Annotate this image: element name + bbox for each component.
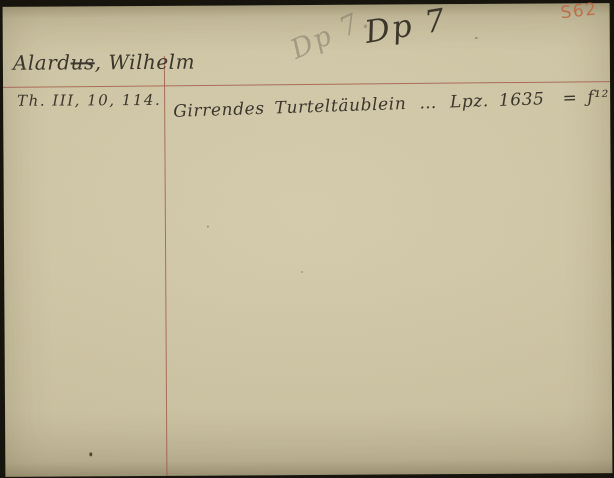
corner-mark: S62 <box>560 0 599 23</box>
catalog-entry: Girrendes Turteltäublein … Lpz. 1635 = ƒ… <box>173 87 609 122</box>
author-name-struck: us <box>70 50 94 74</box>
paper-speck <box>301 271 303 273</box>
author-name-main: Alard <box>13 50 71 74</box>
paper-speck <box>89 452 92 456</box>
vertical-rule <box>164 56 168 476</box>
author-heading: Alardus, Wilhelm <box>13 50 195 75</box>
paper-speck <box>475 37 478 39</box>
author-name-rest: , Wilhelm <box>95 50 195 75</box>
entry-separator: … <box>419 93 437 114</box>
entry-price-note: = ƒ¹² <box>562 87 609 109</box>
shelf-mark: Th. III, 10, 114. <box>17 91 161 110</box>
paper-speck <box>207 226 209 228</box>
entry-imprint: Lpz. 1635 <box>450 89 545 112</box>
entry-title: Girrendes Turteltäublein <box>173 94 407 122</box>
horizontal-rule <box>3 81 610 88</box>
catalog-card: S62 Dp 7. Dp 7 Alardus, Wilhelm Th. III,… <box>3 3 613 477</box>
ink-classmark: Dp 7 <box>362 2 449 51</box>
photo-background: { "card": { "corner_mark": "S62", "penci… <box>0 0 614 478</box>
pencil-classmark: Dp 7. <box>286 3 375 66</box>
